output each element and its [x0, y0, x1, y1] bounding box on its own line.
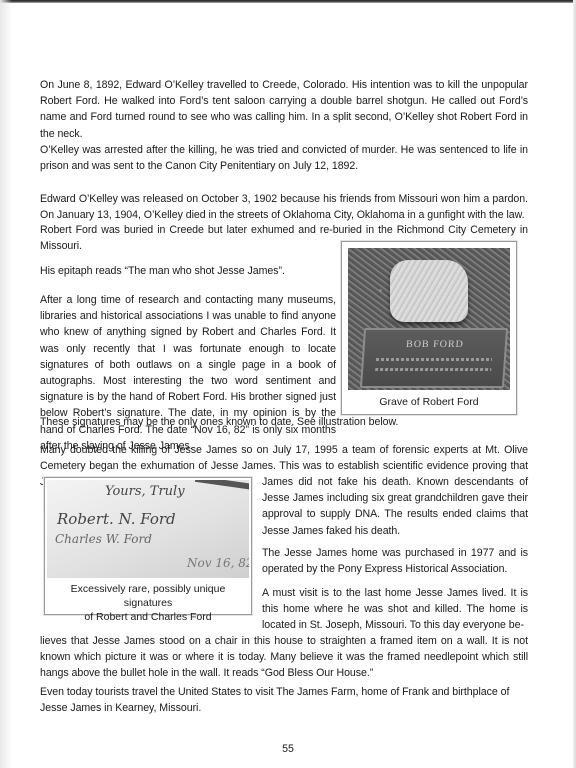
signature-sentiment: Yours, Truly — [105, 484, 185, 499]
paragraph-okelley-creede: On June 8, 1892, Edward O’Kelley travell… — [40, 77, 528, 142]
figure-ford-signatures: Yours, Truly Robert. N. Ford Charles W. … — [44, 477, 252, 615]
page-edge-shadow — [195, 480, 249, 490]
figure-grave-of-robert-ford: BOB FORD Grave of Robert Ford — [341, 241, 517, 415]
signature-caption: Excessively rare, possibly unique signat… — [45, 582, 251, 624]
paragraph-last-home-cont: lieves that Jesse James stood on a chair… — [40, 633, 528, 682]
paragraph-last-home: A must visit is to the last home Jesse J… — [262, 585, 528, 634]
signature-charles-ford: Charles W. Ford — [55, 532, 152, 546]
paragraph-research-tail: These signatures may be the only ones kn… — [40, 414, 528, 430]
paragraph-james-farm: Even today tourists travel the United St… — [40, 684, 528, 716]
signature-caption-line2: of Robert and Charles Ford — [45, 610, 251, 624]
grave-photo: BOB FORD — [348, 248, 510, 390]
scan-edge-top — [0, 0, 576, 3]
paragraph-okelley-release: Edward O’Kelley was released on October … — [40, 191, 528, 223]
signature-date: Nov 16, 82 — [187, 556, 249, 570]
paragraph-okelley-arrest: O’Kelley was arrested after the killing,… — [40, 142, 528, 174]
plaque-dates-line — [376, 358, 492, 361]
page-number: 55 — [0, 743, 576, 755]
signature-robert-ford: Robert. N. Ford — [57, 510, 176, 528]
headstone — [390, 260, 468, 322]
paragraph-exhumation-wrap: James did not fake his death. Known desc… — [262, 474, 528, 539]
signature-caption-line1: Excessively rare, possibly unique signat… — [45, 582, 251, 610]
paragraph-home-purchase: The Jesse James home was purchased in 19… — [262, 545, 528, 577]
plaque-name: BOB FORD — [365, 339, 506, 350]
grave-caption: Grave of Robert Ford — [342, 395, 516, 409]
signature-photo: Yours, Truly Robert. N. Ford Charles W. … — [47, 480, 249, 578]
grave-plaque: BOB FORD — [360, 328, 508, 388]
plaque-epitaph-line — [375, 368, 491, 371]
scan-shadow-left — [0, 0, 12, 768]
